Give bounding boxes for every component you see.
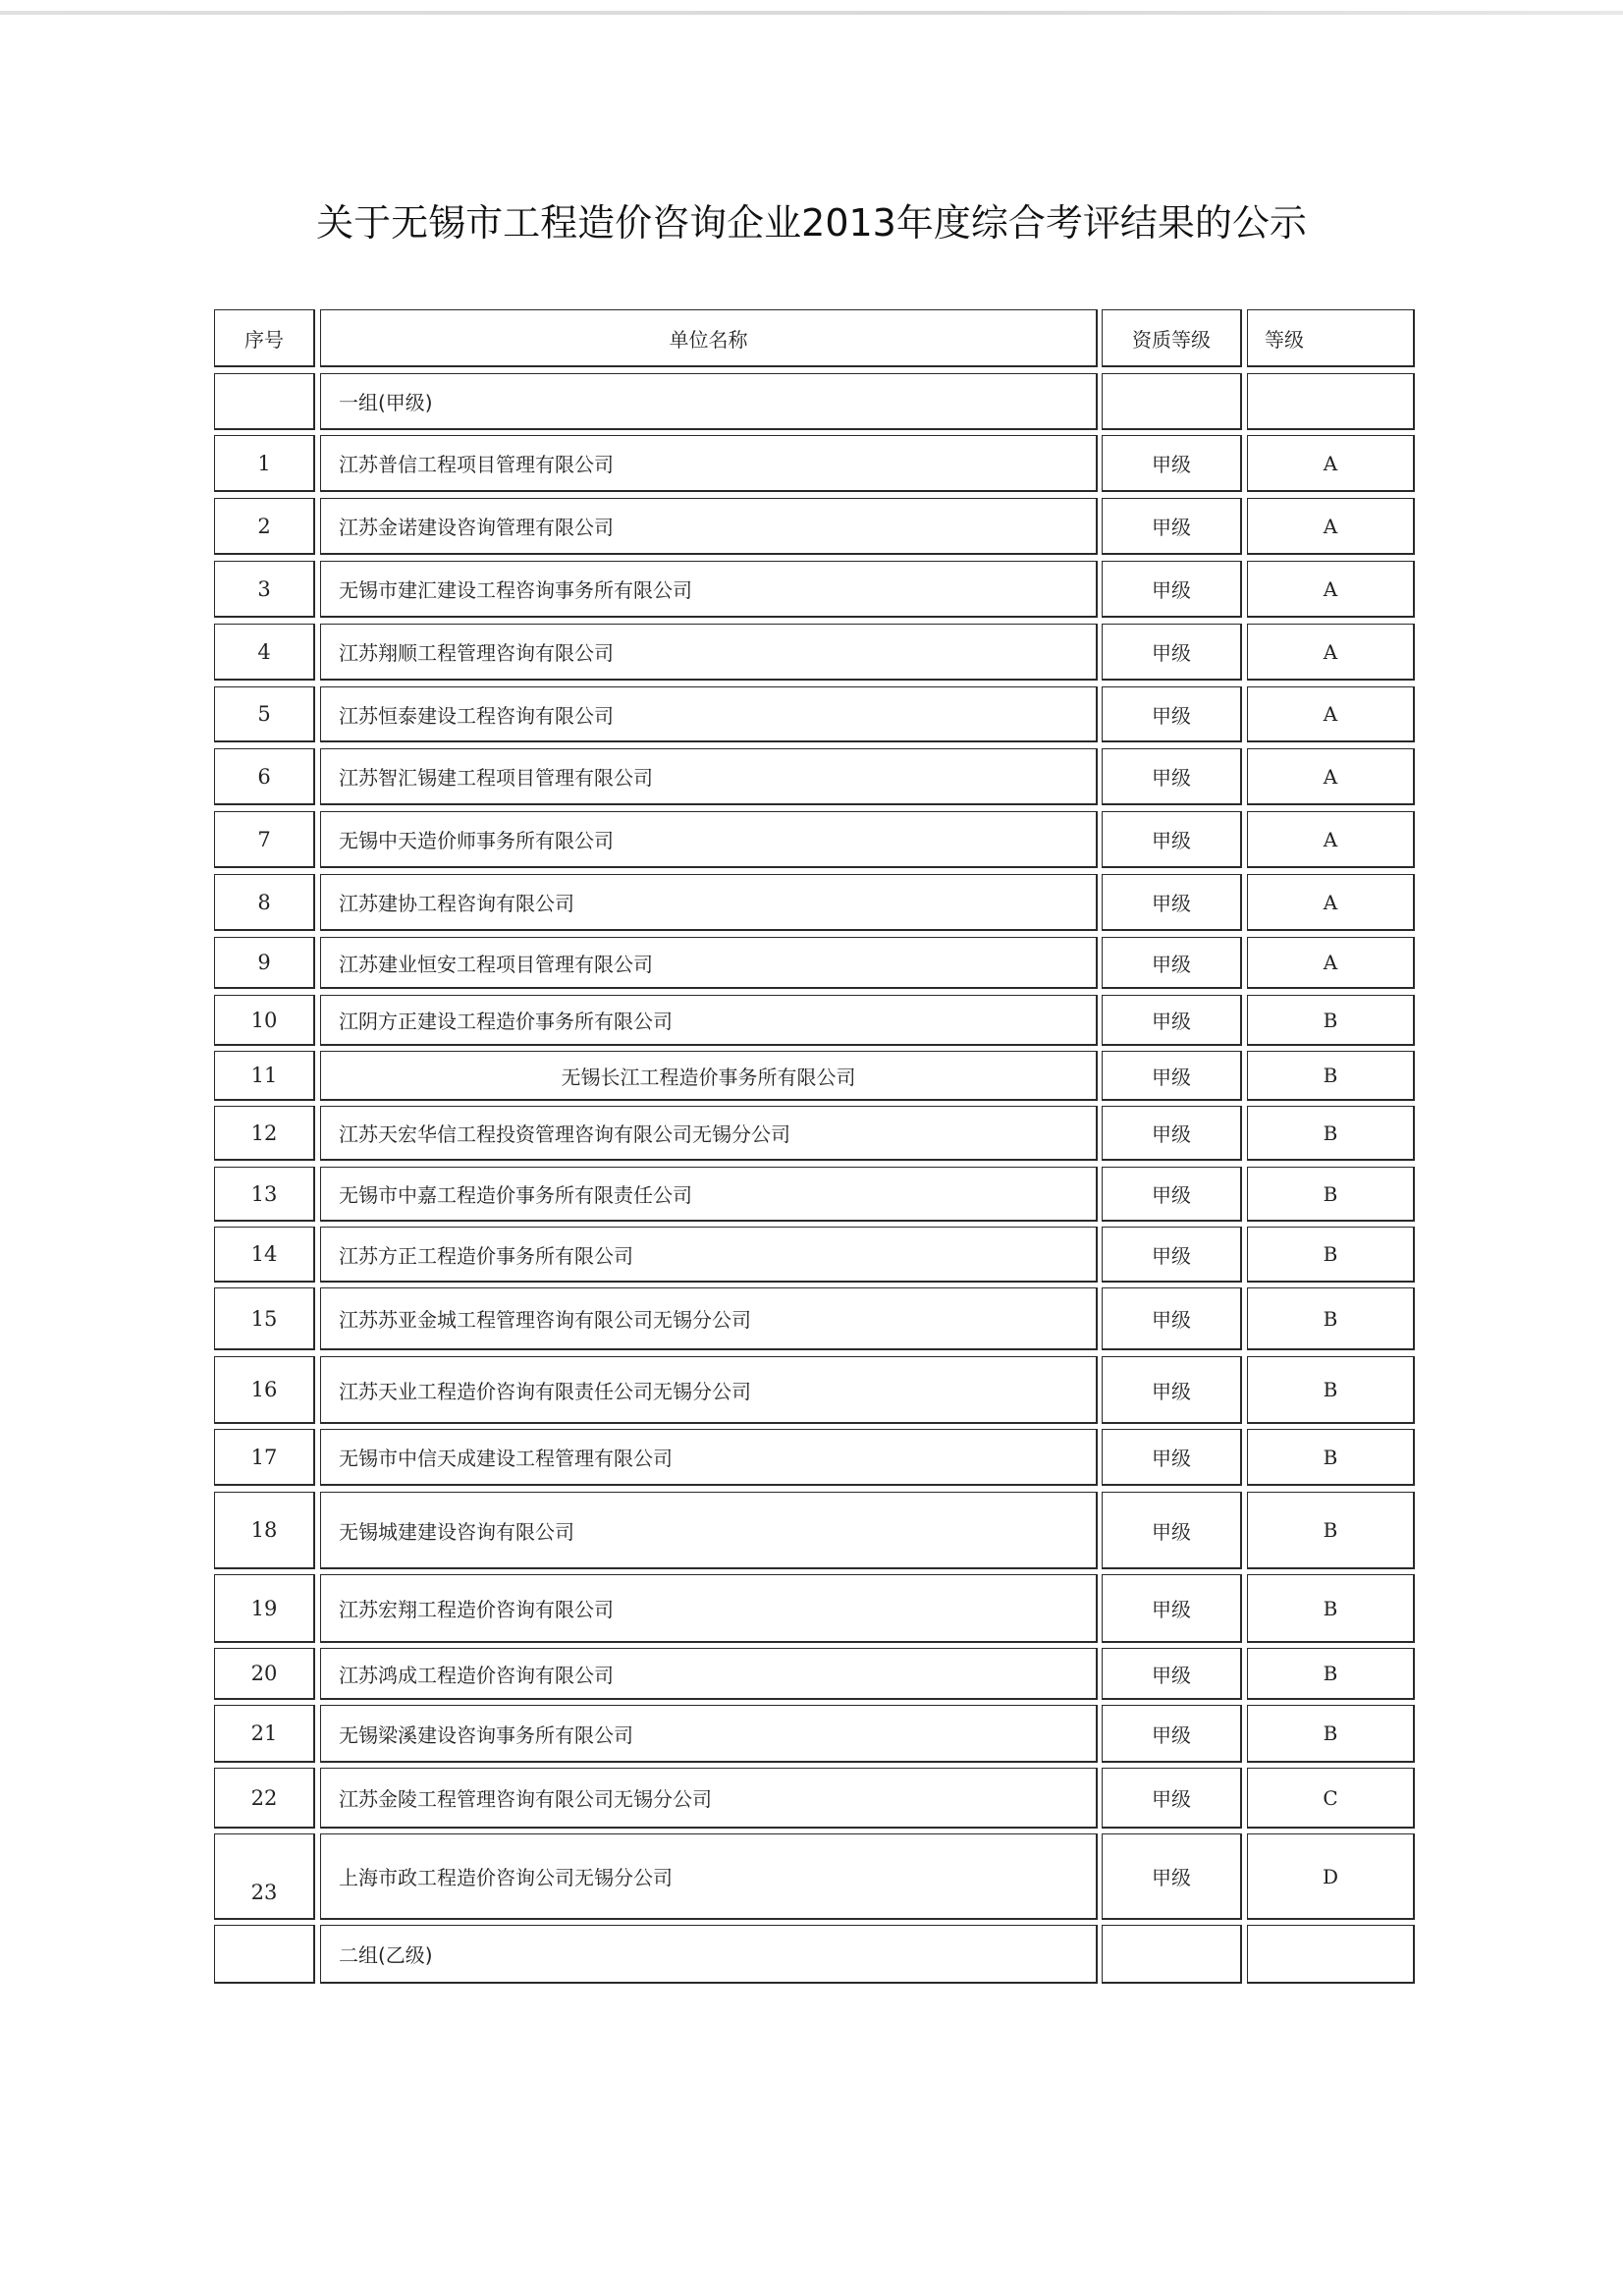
row-qualification-text: 甲级 <box>1152 574 1191 603</box>
row-grade-text: B <box>1324 1121 1338 1145</box>
row-seq: 9 <box>214 937 315 989</box>
row-company-name-text: 江阴方正建设工程造价事务所有限公司 <box>339 1006 673 1034</box>
row-seq-text: 4 <box>257 640 270 664</box>
row-company-name: 无锡长江工程造价事务所有限公司 <box>320 1051 1098 1101</box>
row-seq: 5 <box>214 686 315 742</box>
row-grade-text: B <box>1324 1446 1338 1469</box>
row-qualification: 甲级 <box>1102 435 1242 492</box>
row-seq: 6 <box>214 748 315 805</box>
row-qualification: 甲级 <box>1102 1648 1242 1700</box>
row-grade: B <box>1247 1705 1415 1763</box>
row-grade-text: B <box>1324 1242 1338 1266</box>
row-qualification-text: 甲级 <box>1152 1862 1191 1890</box>
row-qualification-text: 甲级 <box>1152 1783 1191 1812</box>
row-seq: 19 <box>214 1574 315 1643</box>
row-grade-text: B <box>1324 1378 1338 1401</box>
row-company-name-text: 江苏金诺建设咨询管理有限公司 <box>339 512 614 540</box>
row-company-name: 江苏翔顺工程管理咨询有限公司 <box>320 624 1098 681</box>
row-company-name: 江苏金诺建设咨询管理有限公司 <box>320 498 1098 555</box>
row-seq: 17 <box>214 1429 315 1486</box>
row-grade-text: B <box>1324 1597 1338 1620</box>
row-company-name: 江苏苏亚金城工程管理咨询有限公司无锡分公司 <box>320 1287 1098 1350</box>
row-company-name-text: 江苏恒泰建设工程咨询有限公司 <box>339 700 614 729</box>
group2-label-text: 二组(乙级) <box>339 1940 433 1968</box>
row-company-name: 江阴方正建设工程造价事务所有限公司 <box>320 995 1098 1046</box>
header-qualification-text: 资质等级 <box>1132 324 1211 353</box>
row-seq: 4 <box>214 624 315 681</box>
row-grade-text: A <box>1324 515 1337 538</box>
document-title: 关于无锡市工程造价咨询企业2013年度综合考评结果的公示 <box>0 192 1623 246</box>
row-seq-text: 16 <box>251 1378 278 1401</box>
row-company-name-text: 江苏翔顺工程管理咨询有限公司 <box>339 637 614 666</box>
header-grade: 等级 <box>1247 309 1415 367</box>
row-seq-text: 13 <box>251 1182 278 1206</box>
row-company-name: 无锡市中嘉工程造价事务所有限责任公司 <box>320 1167 1098 1222</box>
row-company-name: 无锡市中信天成建设工程管理有限公司 <box>320 1429 1098 1486</box>
row-qualification-text: 甲级 <box>1152 762 1191 791</box>
row-seq: 22 <box>214 1768 315 1829</box>
row-seq: 12 <box>214 1106 315 1161</box>
group2-grade-empty <box>1247 1925 1415 1984</box>
row-grade-text: A <box>1324 951 1337 974</box>
header-grade-text: 等级 <box>1265 324 1304 353</box>
row-grade-text: B <box>1324 1518 1338 1542</box>
scan-edge-artifact <box>0 11 1623 15</box>
row-qualification: 甲级 <box>1102 1051 1242 1101</box>
row-qualification-text: 甲级 <box>1152 1304 1191 1333</box>
row-qualification: 甲级 <box>1102 874 1242 931</box>
row-grade: D <box>1247 1833 1415 1920</box>
row-company-name: 无锡市建汇建设工程咨询事务所有限公司 <box>320 561 1098 618</box>
row-qualification-text: 甲级 <box>1152 1062 1191 1090</box>
row-seq-text: 12 <box>251 1121 278 1145</box>
row-company-name-text: 无锡城建建设咨询有限公司 <box>339 1516 574 1545</box>
row-company-name: 无锡中天造价师事务所有限公司 <box>320 811 1098 868</box>
row-seq-text: 7 <box>257 828 270 851</box>
row-company-name-text: 江苏天宏华信工程投资管理咨询有限公司无锡分公司 <box>339 1119 790 1147</box>
row-seq-text: 23 <box>251 1881 278 1904</box>
row-seq-text: 20 <box>251 1662 278 1685</box>
row-seq-text: 19 <box>251 1597 278 1620</box>
row-company-name: 江苏恒泰建设工程咨询有限公司 <box>320 686 1098 742</box>
row-qualification-text: 甲级 <box>1152 1376 1191 1404</box>
row-seq-text: 5 <box>257 702 270 726</box>
row-qualification: 甲级 <box>1102 624 1242 681</box>
row-qualification-text: 甲级 <box>1152 1516 1191 1545</box>
row-seq-text: 22 <box>251 1786 278 1810</box>
row-company-name-text: 江苏智汇锡建工程项目管理有限公司 <box>339 762 653 791</box>
row-seq: 18 <box>214 1492 315 1569</box>
row-qualification-text: 甲级 <box>1152 825 1191 853</box>
row-qualification-text: 甲级 <box>1152 1179 1191 1208</box>
row-company-name-text: 无锡市建汇建设工程咨询事务所有限公司 <box>339 574 692 603</box>
row-grade: B <box>1247 1227 1415 1283</box>
row-grade: B <box>1247 1574 1415 1643</box>
row-qualification: 甲级 <box>1102 1106 1242 1161</box>
group2-qual-empty <box>1102 1925 1242 1984</box>
row-company-name: 无锡梁溪建设咨询事务所有限公司 <box>320 1705 1098 1763</box>
row-company-name-text: 江苏金陵工程管理咨询有限公司无锡分公司 <box>339 1783 712 1812</box>
row-company-name-text: 无锡市中嘉工程造价事务所有限责任公司 <box>339 1179 692 1208</box>
row-seq: 23 <box>214 1833 315 1920</box>
row-seq: 11 <box>214 1051 315 1101</box>
row-grade-text: A <box>1324 452 1337 475</box>
row-company-name-text: 江苏建业恒安工程项目管理有限公司 <box>339 949 653 977</box>
row-seq-text: 9 <box>257 951 270 974</box>
group1-qual-empty <box>1102 373 1242 430</box>
row-seq: 14 <box>214 1227 315 1283</box>
row-grade-text: B <box>1324 1009 1338 1032</box>
row-seq: 16 <box>214 1356 315 1424</box>
row-company-name-text: 无锡中天造价师事务所有限公司 <box>339 825 614 853</box>
row-qualification-text: 甲级 <box>1152 449 1191 477</box>
row-seq-text: 8 <box>257 891 270 914</box>
row-grade-text: A <box>1324 702 1337 726</box>
row-company-name-text: 江苏天业工程造价咨询有限责任公司无锡分公司 <box>339 1376 751 1404</box>
row-grade: A <box>1247 874 1415 931</box>
row-grade: B <box>1247 1051 1415 1101</box>
row-company-name-text: 江苏建协工程咨询有限公司 <box>339 888 574 916</box>
row-grade-text: A <box>1324 577 1337 601</box>
row-grade: A <box>1247 686 1415 742</box>
row-company-name: 江苏鸿成工程造价咨询有限公司 <box>320 1648 1098 1700</box>
row-qualification: 甲级 <box>1102 811 1242 868</box>
row-qualification: 甲级 <box>1102 1227 1242 1283</box>
row-qualification-text: 甲级 <box>1152 637 1191 666</box>
row-seq-text: 6 <box>257 765 270 789</box>
row-seq-text: 10 <box>251 1009 278 1032</box>
row-company-name: 江苏金陵工程管理咨询有限公司无锡分公司 <box>320 1768 1098 1829</box>
row-grade: B <box>1247 995 1415 1046</box>
row-company-name: 江苏智汇锡建工程项目管理有限公司 <box>320 748 1098 805</box>
row-grade: A <box>1247 435 1415 492</box>
header-name-text: 单位名称 <box>670 324 748 353</box>
row-seq-text: 11 <box>251 1064 278 1087</box>
row-qualification: 甲级 <box>1102 498 1242 555</box>
row-seq: 1 <box>214 435 315 492</box>
row-grade: C <box>1247 1768 1415 1829</box>
group1-label: 一组(甲级) <box>320 373 1098 430</box>
group2-seq-empty <box>214 1925 315 1984</box>
row-grade: B <box>1247 1167 1415 1222</box>
row-grade-text: B <box>1324 1064 1338 1087</box>
row-company-name-text: 江苏鸿成工程造价咨询有限公司 <box>339 1660 614 1688</box>
row-company-name: 江苏天业工程造价咨询有限责任公司无锡分公司 <box>320 1356 1098 1424</box>
row-qualification: 甲级 <box>1102 686 1242 742</box>
row-grade-text: D <box>1323 1865 1338 1888</box>
row-qualification-text: 甲级 <box>1152 888 1191 916</box>
row-qualification: 甲级 <box>1102 1574 1242 1643</box>
row-seq: 3 <box>214 561 315 618</box>
row-company-name: 无锡城建建设咨询有限公司 <box>320 1492 1098 1569</box>
row-qualification-text: 甲级 <box>1152 1594 1191 1622</box>
row-qualification-text: 甲级 <box>1152 1240 1191 1269</box>
row-grade-text: A <box>1324 765 1337 789</box>
row-company-name-text: 江苏方正工程造价事务所有限公司 <box>339 1240 633 1269</box>
row-qualification: 甲级 <box>1102 1492 1242 1569</box>
group1-label-text: 一组(甲级) <box>339 387 433 415</box>
row-seq: 21 <box>214 1705 315 1763</box>
header-seq-text: 序号 <box>244 324 284 353</box>
row-seq-text: 17 <box>251 1446 278 1469</box>
row-qualification-text: 甲级 <box>1152 1660 1191 1688</box>
row-qualification: 甲级 <box>1102 1429 1242 1486</box>
row-qualification-text: 甲级 <box>1152 1720 1191 1748</box>
row-qualification-text: 甲级 <box>1152 700 1191 729</box>
row-company-name: 江苏宏翔工程造价咨询有限公司 <box>320 1574 1098 1643</box>
row-seq-text: 15 <box>251 1307 278 1331</box>
row-grade: A <box>1247 811 1415 868</box>
row-qualification: 甲级 <box>1102 937 1242 989</box>
row-company-name-text: 江苏苏亚金城工程管理咨询有限公司无锡分公司 <box>339 1304 751 1333</box>
row-grade-text: B <box>1324 1662 1338 1685</box>
row-seq-text: 1 <box>257 452 270 475</box>
row-qualification: 甲级 <box>1102 1705 1242 1763</box>
row-grade-text: B <box>1324 1722 1338 1745</box>
row-qualification: 甲级 <box>1102 1768 1242 1829</box>
row-qualification: 甲级 <box>1102 1287 1242 1350</box>
row-qualification: 甲级 <box>1102 748 1242 805</box>
row-qualification-text: 甲级 <box>1152 1119 1191 1147</box>
row-qualification-text: 甲级 <box>1152 1006 1191 1034</box>
header-qualification: 资质等级 <box>1102 309 1242 367</box>
row-grade-text: C <box>1323 1786 1337 1810</box>
header-seq: 序号 <box>214 309 315 367</box>
row-company-name-text: 无锡市中信天成建设工程管理有限公司 <box>339 1443 673 1471</box>
row-company-name: 江苏天宏华信工程投资管理咨询有限公司无锡分公司 <box>320 1106 1098 1161</box>
group1-seq-empty <box>214 373 315 430</box>
row-qualification-text: 甲级 <box>1152 512 1191 540</box>
row-company-name-text: 无锡梁溪建设咨询事务所有限公司 <box>339 1720 633 1748</box>
row-qualification: 甲级 <box>1102 1167 1242 1222</box>
row-grade: A <box>1247 624 1415 681</box>
row-grade: B <box>1247 1429 1415 1486</box>
row-grade: A <box>1247 937 1415 989</box>
header-name: 单位名称 <box>320 309 1098 367</box>
row-seq: 8 <box>214 874 315 931</box>
row-grade-text: B <box>1324 1182 1338 1206</box>
group1-grade-empty <box>1247 373 1415 430</box>
row-grade: B <box>1247 1106 1415 1161</box>
row-company-name: 江苏普信工程项目管理有限公司 <box>320 435 1098 492</box>
row-seq: 15 <box>214 1287 315 1350</box>
row-seq: 20 <box>214 1648 315 1700</box>
row-grade: B <box>1247 1648 1415 1700</box>
row-grade-text: A <box>1324 891 1337 914</box>
row-seq-text: 2 <box>257 515 270 538</box>
row-grade-text: A <box>1324 640 1337 664</box>
row-qualification: 甲级 <box>1102 995 1242 1046</box>
row-qualification: 甲级 <box>1102 561 1242 618</box>
row-company-name: 江苏建协工程咨询有限公司 <box>320 874 1098 931</box>
row-grade-text: B <box>1324 1307 1338 1331</box>
row-seq-text: 14 <box>251 1242 278 1266</box>
row-company-name: 江苏方正工程造价事务所有限公司 <box>320 1227 1098 1283</box>
row-grade: B <box>1247 1492 1415 1569</box>
row-company-name-text: 江苏宏翔工程造价咨询有限公司 <box>339 1594 614 1622</box>
row-seq: 13 <box>214 1167 315 1222</box>
row-grade: A <box>1247 561 1415 618</box>
row-seq: 7 <box>214 811 315 868</box>
row-grade: B <box>1247 1356 1415 1424</box>
row-grade: A <box>1247 498 1415 555</box>
row-company-name: 江苏建业恒安工程项目管理有限公司 <box>320 937 1098 989</box>
row-seq: 2 <box>214 498 315 555</box>
row-grade-text: A <box>1324 828 1337 851</box>
row-qualification: 甲级 <box>1102 1356 1242 1424</box>
row-seq-text: 3 <box>257 577 270 601</box>
row-seq-text: 21 <box>251 1722 278 1745</box>
group2-label: 二组(乙级) <box>320 1925 1098 1984</box>
row-company-name: 上海市政工程造价咨询公司无锡分公司 <box>320 1833 1098 1920</box>
row-qualification-text: 甲级 <box>1152 1443 1191 1471</box>
row-qualification-text: 甲级 <box>1152 949 1191 977</box>
row-grade: B <box>1247 1287 1415 1350</box>
row-seq: 10 <box>214 995 315 1046</box>
row-company-name-text: 江苏普信工程项目管理有限公司 <box>339 449 614 477</box>
row-seq-text: 18 <box>251 1518 278 1542</box>
row-company-name-text: 无锡长江工程造价事务所有限公司 <box>562 1062 856 1090</box>
row-qualification: 甲级 <box>1102 1833 1242 1920</box>
row-grade: A <box>1247 748 1415 805</box>
row-company-name-text: 上海市政工程造价咨询公司无锡分公司 <box>339 1862 673 1890</box>
